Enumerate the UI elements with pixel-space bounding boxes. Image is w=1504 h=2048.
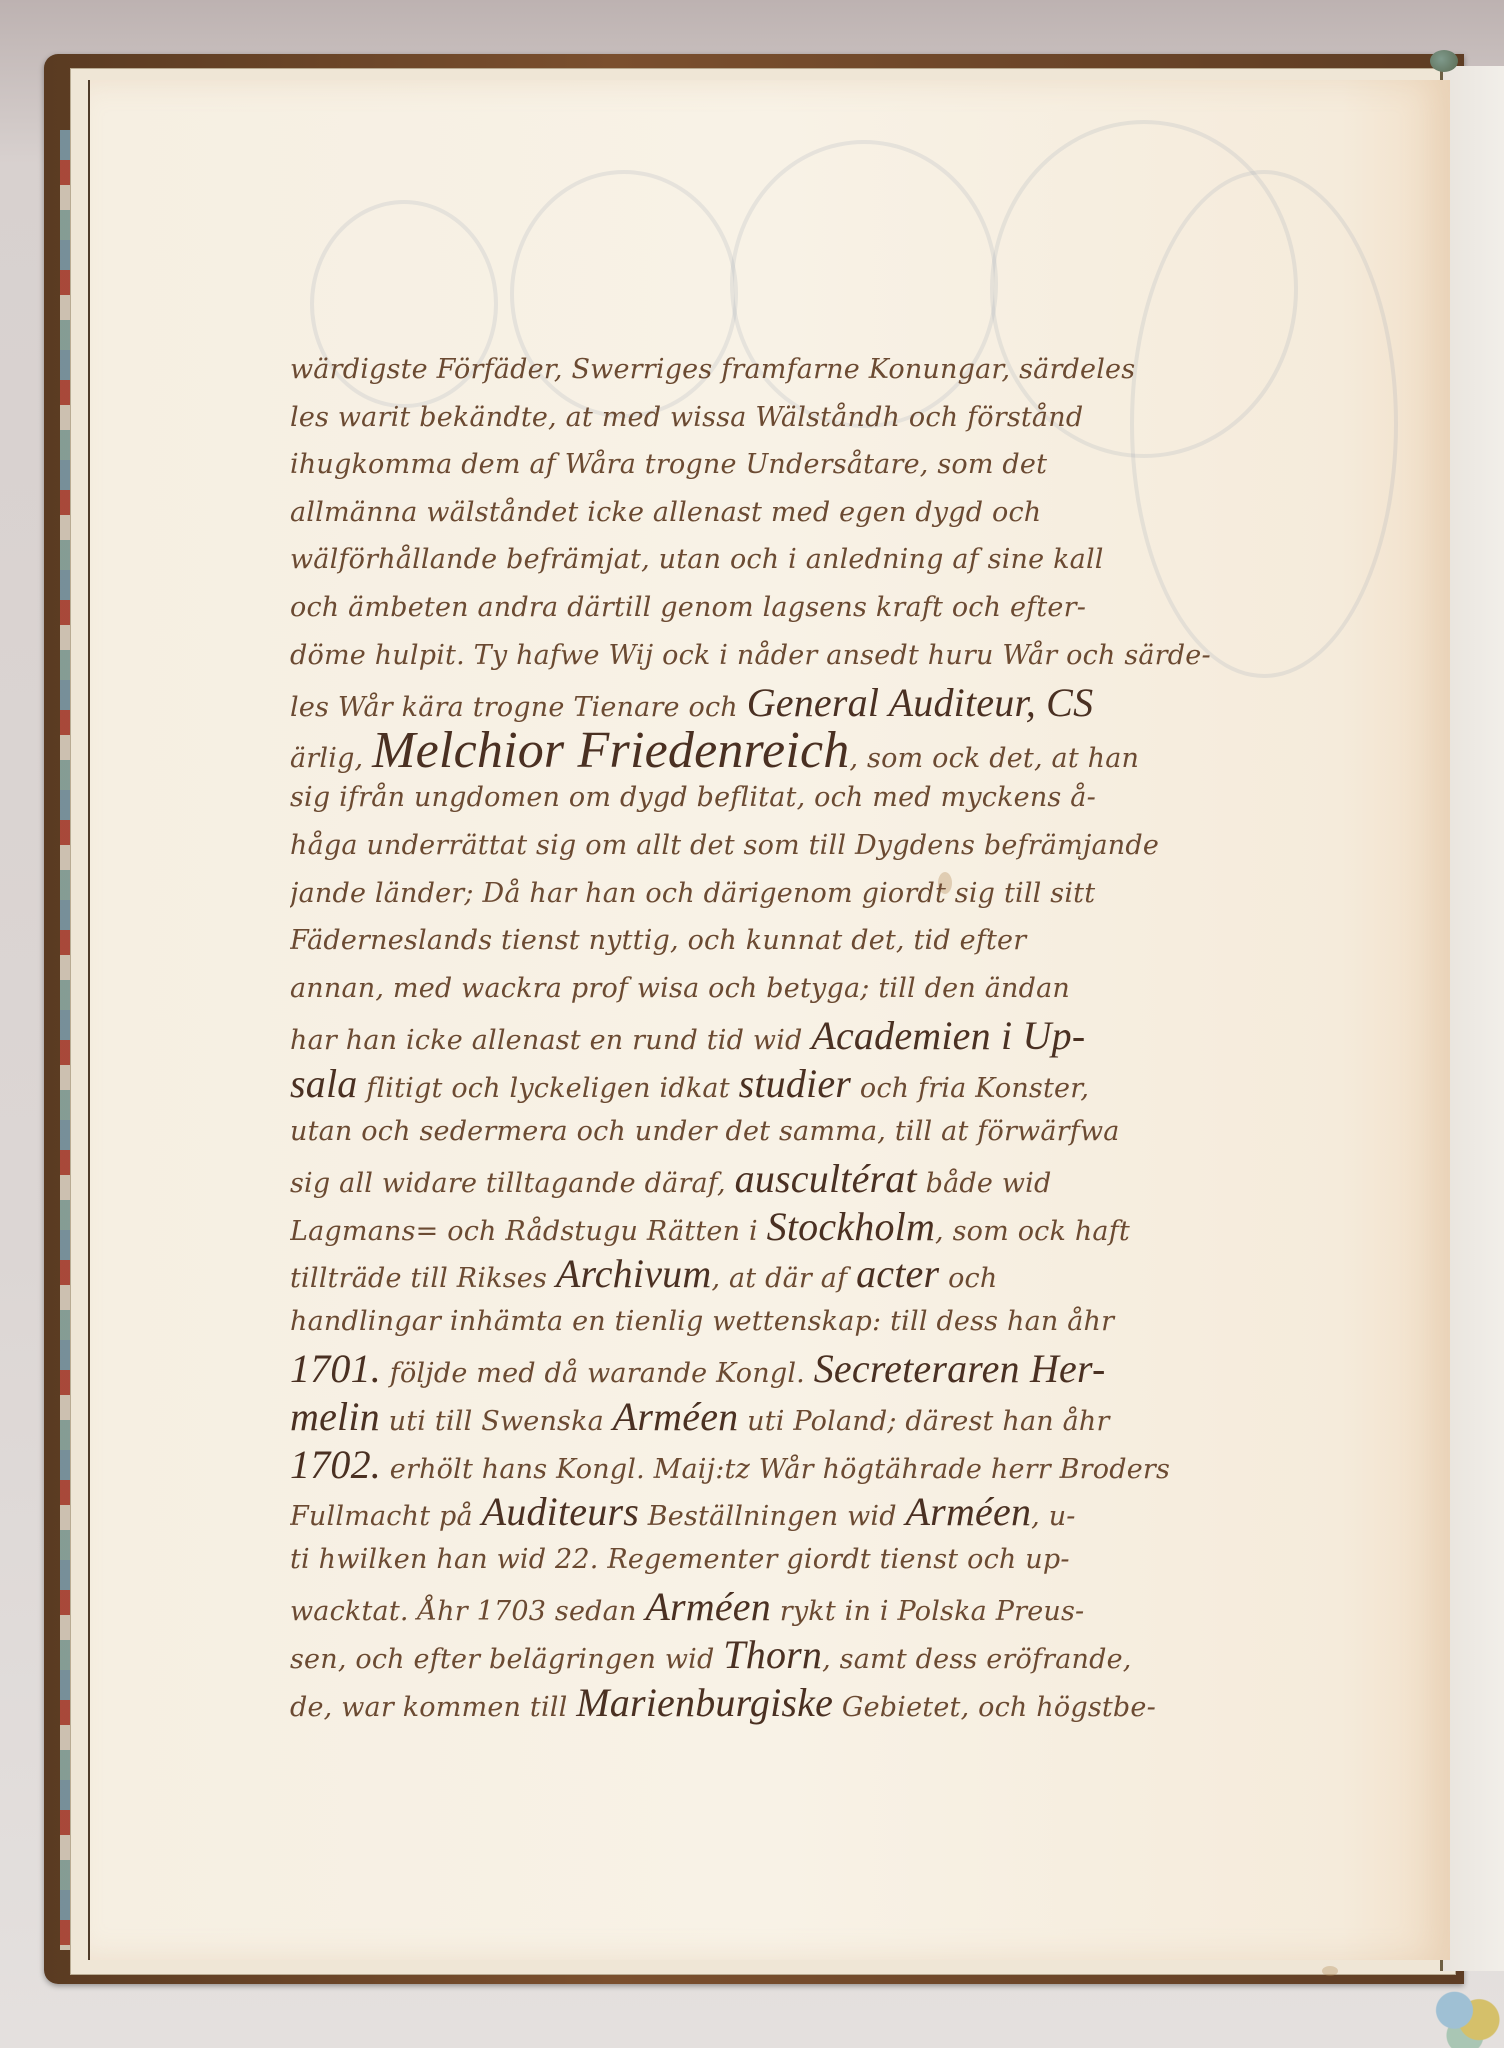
text-line-24: 1702. erhölt hans Kongl. Maij:tz Wår hög… bbox=[290, 1441, 1350, 1489]
text-line-21: handlingar inhämta en tienlig wettenskap… bbox=[290, 1298, 1350, 1346]
text-line-2: les warit bekändte, at med wissa Wälstån… bbox=[290, 394, 1350, 442]
text-line-5: wälförhållande befrämjat, utan och i anl… bbox=[290, 536, 1350, 584]
foxing-stain bbox=[1322, 1966, 1338, 1976]
text-line-14: annan, med wackra prof wisa och betyga; … bbox=[290, 965, 1350, 1013]
text-line-28: sen, och efter belägringen wid Thorn, sa… bbox=[290, 1631, 1350, 1679]
text-line-13: Fäderneslands tienst nyttig, och kunnat … bbox=[290, 917, 1350, 965]
headband-bead bbox=[1430, 50, 1458, 72]
text-line-25: Fullmacht på Auditeurs Beställningen wid… bbox=[290, 1488, 1350, 1536]
text-line-15: har han icke allenast en rund tid wid Ac… bbox=[290, 1012, 1350, 1060]
text-line-11: håga underrättat sig om allt det som til… bbox=[290, 822, 1350, 870]
text-line-29: de, war kommen till Marienburgiske Gebie… bbox=[290, 1679, 1350, 1727]
text-line-1: wärdigste Förfäder, Swerriges framfarne … bbox=[290, 346, 1350, 394]
text-line-23: melin uti till Swenska Arméen uti Poland… bbox=[290, 1393, 1350, 1441]
text-line-6: och ämbeten andra därtill genom lagsens … bbox=[290, 584, 1350, 632]
text-line-7: döme hulpit. Ty hafwe Wij ock i nåder an… bbox=[290, 632, 1350, 680]
text-line-10: sig ifrån ungdomen om dygd beflitat, och… bbox=[290, 774, 1350, 822]
text-line-3: ihugkomma dem af Wåra trogne Undersåtare… bbox=[290, 441, 1350, 489]
text-line-9: ärlig, Melchior Friedenreich, som ock de… bbox=[290, 727, 1350, 775]
bookmark-tassel bbox=[1430, 1985, 1500, 2048]
marbled-endpaper bbox=[60, 130, 70, 1950]
text-line-8: les Wår kära trogne Tienare och General … bbox=[290, 679, 1350, 727]
text-line-16: sala flitigt och lyckeligen idkat studie… bbox=[290, 1060, 1350, 1108]
text-line-22: 1701. följde med då warande Kongl. Secre… bbox=[290, 1345, 1350, 1393]
handwritten-text-block: wärdigste Förfäder, Swerriges framfarne … bbox=[290, 346, 1350, 1726]
text-line-12: jande länder; Då har han och därigenom g… bbox=[290, 870, 1350, 918]
text-line-26: ti hwilken han wid 22. Regementer giordt… bbox=[290, 1536, 1350, 1584]
text-line-19: Lagmans= och Rådstugu Rätten i Stockholm… bbox=[290, 1203, 1350, 1251]
text-line-20: tillträde till Rikses Archivum, at där a… bbox=[290, 1250, 1350, 1298]
text-line-17: utan och sedermera och under det samma, … bbox=[290, 1108, 1350, 1156]
text-line-4: allmänna wälståndet icke allenast med eg… bbox=[290, 489, 1350, 537]
text-line-18: sig all widare tilltagande däraf, auscul… bbox=[290, 1155, 1350, 1203]
text-line-27: wacktat. Åhr 1703 sedan Arméen rykt in i… bbox=[290, 1583, 1350, 1631]
